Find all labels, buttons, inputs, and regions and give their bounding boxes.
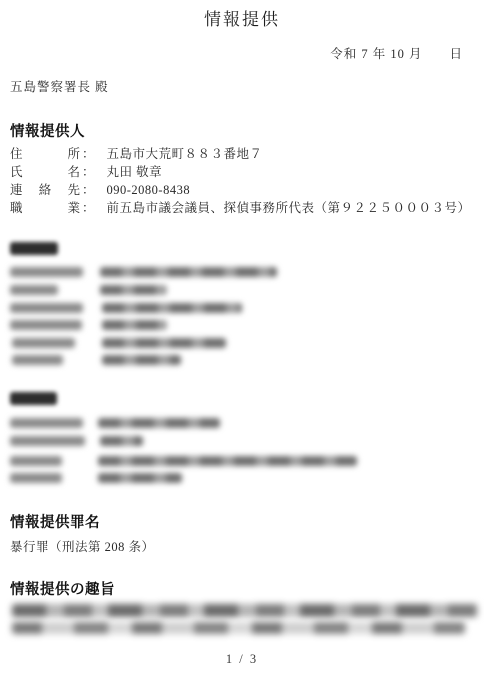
redacted-label-bar xyxy=(10,473,62,483)
redacted-label-bar xyxy=(10,320,82,330)
row-value: 前五島市議会議員、探偵事務所代表（第９２２５０００３号） xyxy=(107,201,471,215)
row-colon: ： xyxy=(82,183,95,197)
redacted-label-bar xyxy=(10,267,83,277)
date-line: 令和 7 年 10 月 日 xyxy=(330,44,463,62)
provider-row-occupation: 職業：前五島市議会議員、探偵事務所代表（第９２２５０００３号） xyxy=(10,199,471,217)
row-value: 五島市大荒町８８３番地７ xyxy=(107,147,263,161)
redacted-paragraph-line xyxy=(12,604,478,617)
row-label: 職業 xyxy=(10,199,80,217)
redacted-value-bar xyxy=(102,338,226,348)
page-number: 1 / 3 xyxy=(0,652,484,667)
row-colon: ： xyxy=(82,201,95,215)
redacted-label-bar xyxy=(10,456,62,466)
addressee: 五島警察署長 殿 xyxy=(10,77,109,95)
redacted-value-bar xyxy=(98,456,357,466)
provider-row-name: 氏名：丸田 敬章 xyxy=(10,163,471,181)
offense-text: 暴行罪（刑法第 208 条） xyxy=(10,537,155,555)
row-colon: ： xyxy=(82,147,95,161)
redacted-value-bar xyxy=(98,418,220,428)
section-heading-offense: 情報提供罪名 xyxy=(10,511,100,532)
redacted-label-bar xyxy=(10,418,83,428)
redacted-label-bar xyxy=(10,303,83,313)
redacted-value-bar xyxy=(102,355,181,365)
row-colon: ： xyxy=(82,165,95,179)
redacted-label-bar xyxy=(10,285,58,295)
document-title: 情報提供 xyxy=(0,5,484,30)
section-heading-provider: 情報提供人 xyxy=(10,120,85,141)
redacted-value-bar xyxy=(102,303,242,313)
provider-info-rows: 住所：五島市大荒町８８３番地７ 氏名：丸田 敬章 連絡先：090-2080-84… xyxy=(10,145,471,217)
row-label: 住所 xyxy=(10,145,80,163)
redacted-heading-bar xyxy=(10,392,57,405)
redacted-paragraph-line xyxy=(12,622,465,634)
provider-row-contact: 連絡先：090-2080-8438 xyxy=(10,181,471,199)
row-value: 丸田 敬章 xyxy=(107,165,163,179)
redacted-label-bar xyxy=(12,355,63,365)
row-label: 氏名 xyxy=(10,163,80,181)
provider-row-address: 住所：五島市大荒町８８３番地７ xyxy=(10,145,471,163)
row-label: 連絡先 xyxy=(10,181,80,199)
redacted-label-bar xyxy=(10,436,85,446)
document-page: 情報提供 令和 7 年 10 月 日 五島警察署長 殿 情報提供人 住所：五島市… xyxy=(0,0,484,688)
redacted-label-bar xyxy=(12,338,75,348)
section-heading-purpose: 情報提供の趣旨 xyxy=(10,578,115,599)
redacted-value-bar xyxy=(102,320,167,330)
redacted-value-bar xyxy=(100,285,167,295)
redacted-value-bar xyxy=(100,267,277,277)
redacted-value-bar xyxy=(100,436,143,446)
redacted-heading-bar xyxy=(10,242,58,255)
redacted-value-bar xyxy=(98,473,182,483)
row-value: 090-2080-8438 xyxy=(107,183,191,197)
